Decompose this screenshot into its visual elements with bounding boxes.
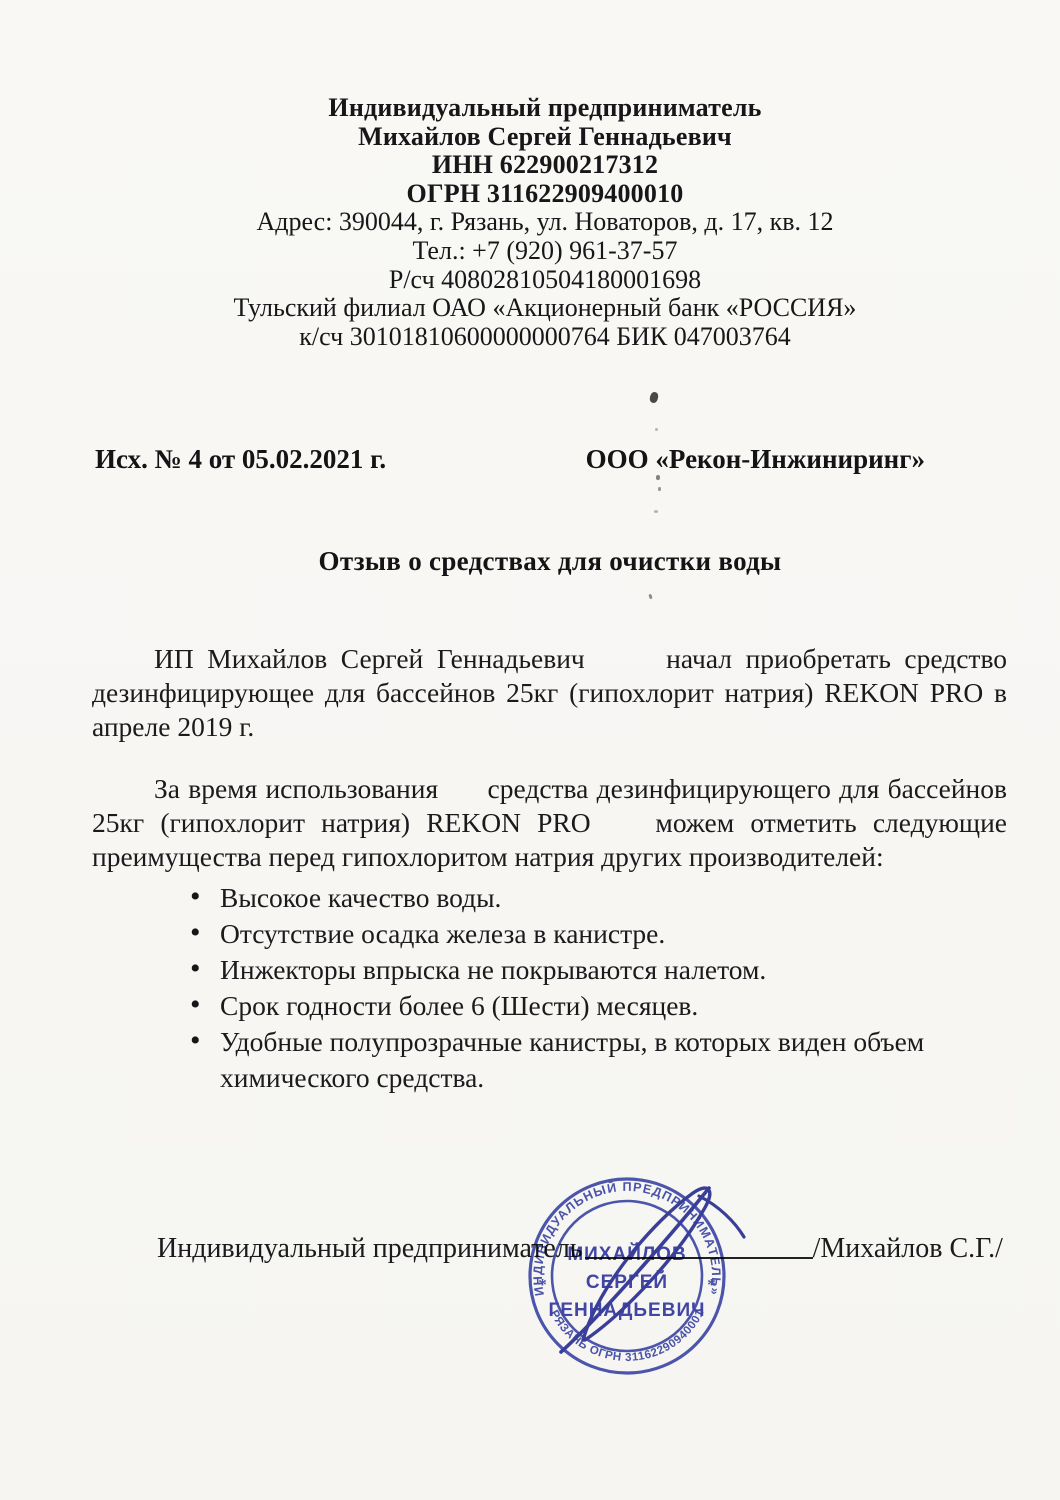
letterhead-entity-name: Михайлов Сергей Геннадьевич [30, 123, 1060, 152]
list-item: •Отсутствие осадка железа в канистре. [92, 916, 1007, 952]
scan-artifact [655, 428, 658, 431]
document-body: ИП Михайлов Сергей Геннадьевич начал при… [92, 642, 1007, 1096]
list-item-text: Высокое качество воды. [220, 882, 501, 913]
bullet-icon: • [190, 879, 201, 915]
letterhead-address: Адрес: 390044, г. Рязань, ул. Новаторов,… [30, 208, 1060, 237]
list-item: •Срок годности более 6 (Шести) месяцев. [92, 988, 1007, 1024]
list-item-text: Срок годности более 6 (Шести) месяцев. [220, 990, 698, 1021]
reference-row: Исх. № 4 от 05.02.2021 г. ООО «Рекон-Инж… [95, 444, 925, 475]
list-item-text: Удобные полупрозрачные канистры, в котор… [220, 1026, 924, 1093]
letterhead-settlement-account: Р/сч 40802810504180001698 [30, 266, 1060, 295]
bullet-icon: • [190, 951, 201, 987]
bullet-icon: • [190, 1023, 201, 1059]
scan-artifact [648, 594, 653, 600]
scan-artifact [649, 391, 659, 404]
letterhead-ogrn: ОГРН 311622909400010 [30, 180, 1060, 209]
scan-artifact [656, 475, 660, 480]
list-item-text: Отсутствие осадка железа в канистре. [220, 918, 665, 949]
stamp-star-right: * [707, 1275, 716, 1294]
entrepreneur-stamp: ИНДИВИДУАЛЬНЫЙ ПРЕДПРИНИМАТЕЛЬ» г.РЯЗАНЬ… [487, 1136, 767, 1416]
letterhead-inn: ИНН 622900217312 [30, 151, 1060, 180]
list-item-text: Инжекторы впрыска не покрываются налетом… [220, 954, 766, 985]
paragraph-2: За время использования средства дезинфиц… [92, 772, 1007, 874]
outgoing-number: Исх. № 4 от 05.02.2021 г. [95, 444, 386, 475]
document-title: Отзыв о средствах для очистки воды [40, 546, 1060, 577]
list-item: •Инжекторы впрыска не покрываются налето… [92, 952, 1007, 988]
bullet-icon: • [190, 987, 201, 1023]
bullet-icon: • [190, 915, 201, 951]
scanned-letter-page: Индивидуальный предприниматель Михайлов … [0, 0, 1060, 1500]
advantages-list: •Высокое качество воды. •Отсутствие осад… [92, 880, 1007, 1096]
signature-name: /Михайлов С.Г./ [813, 1233, 1003, 1265]
paragraph-1: ИП Михайлов Сергей Геннадьевич начал при… [92, 642, 1007, 744]
letterhead: Индивидуальный предприниматель Михайлов … [30, 94, 1060, 351]
letterhead-bank: Тульский филиал ОАО «Акционерный банк «Р… [30, 294, 1060, 323]
scan-artifact [658, 487, 661, 491]
recipient-name: ООО «Рекон-Инжиниринг» [586, 444, 925, 475]
letterhead-entity-type: Индивидуальный предприниматель [30, 94, 1060, 123]
scan-artifact [654, 510, 658, 513]
letterhead-corr-account: к/сч 30101810600000000764 БИК 047003764 [30, 323, 1060, 352]
stamp-star-left: * [538, 1275, 547, 1294]
list-item: •Удобные полупрозрачные канистры, в кото… [92, 1024, 1007, 1096]
letterhead-phone: Тел.: +7 (920) 961-37-57 [30, 237, 1060, 266]
list-item: •Высокое качество воды. [92, 880, 1007, 916]
